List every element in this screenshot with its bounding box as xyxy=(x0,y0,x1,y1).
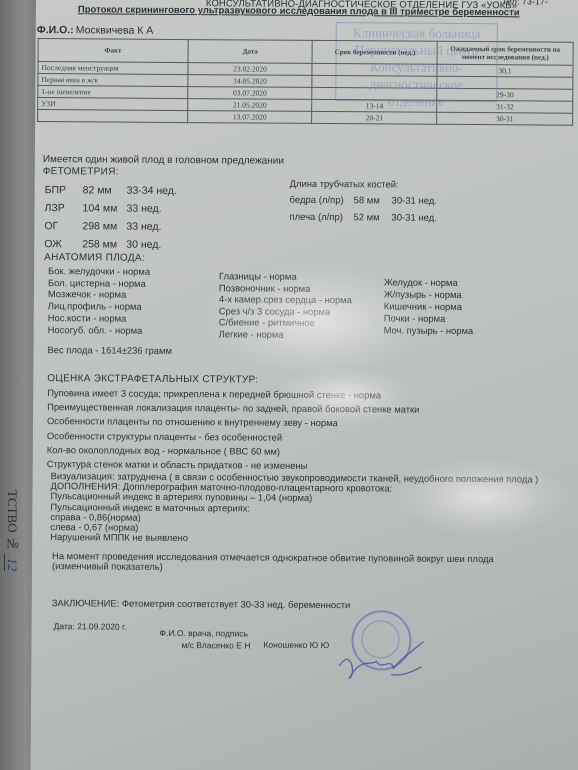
stamp-line: Консультативно-диагностическое xyxy=(336,58,496,93)
side-label: ТСТВО № 12 xyxy=(4,490,20,571)
ultrasound-protocol-page: КОНСУЛЬТАТИВНО-ДИАГНОСТИЧЕСКОЕ ОТДЕЛЕНИЕ… xyxy=(31,0,578,770)
fetometry-value: 82 мм xyxy=(83,184,127,196)
cell-date: 23.02.2020 xyxy=(188,63,313,76)
bone-value: 58 мм xyxy=(354,195,392,206)
patient-label: Ф.И.О.: xyxy=(37,24,74,36)
bone-row: плеча (л/пр)52 мм30-31 нед. xyxy=(289,212,451,224)
bone-value: 52 мм xyxy=(353,212,391,223)
extrafetal-line: Структура стенок матки и область придатк… xyxy=(47,458,308,471)
fetometry-value: 298 мм xyxy=(82,220,126,232)
cell-date: 03.07.2020 xyxy=(187,87,312,100)
fetometry-weeks: 33-34 нед. xyxy=(127,185,197,197)
cell-fact xyxy=(38,110,188,123)
fetometry-row: БПР82 мм33-34 нед. xyxy=(45,184,197,197)
anatomy-item: Глазницы - норма xyxy=(219,270,297,282)
presentation-text: Имеется один живой плод в головном предл… xyxy=(43,154,284,167)
anatomy-item: Носогуб. обл. - норма xyxy=(48,324,143,336)
bone-label: бедра (л/пр) xyxy=(290,195,354,206)
extrafetal-line: Особенности плаценты по отношению к внут… xyxy=(47,415,338,428)
anatomy-item: С/биение - ритмичное xyxy=(219,316,315,328)
fetometry-value: 104 мм xyxy=(82,202,126,214)
fetal-weight: Вес плода - 1614±236 грамм xyxy=(47,344,171,356)
fetometry-weeks: 33 нед. xyxy=(126,203,196,215)
protocol-title: Протокол скринингового ультразвукового и… xyxy=(78,4,520,18)
stamp-line: Клиническая больница xyxy=(337,24,497,42)
fetometry-label: БПР xyxy=(45,184,83,196)
bones-title: Длина трубчатых костей: xyxy=(290,178,399,190)
fetometry-weeks: 33 нед. xyxy=(126,221,196,233)
extrafetal-title: ОЦЕНКА ЭКСТРАФЕТАЛЬНЫХ СТРУКТУР: xyxy=(47,373,258,385)
stamp-line: Перинатальный центр xyxy=(337,41,497,59)
side-label-number: 12 xyxy=(4,554,20,571)
table-row: 13.07.202020-2130-31 xyxy=(38,110,573,126)
anatomy-item: Нос.кости - норма xyxy=(48,312,127,324)
bone-label: плеча (л/пр) xyxy=(289,212,353,223)
anatomy-item: Лиц.профиль - норма xyxy=(48,300,142,312)
fetometry-label: ОЖ xyxy=(44,238,82,250)
col-date: Дата xyxy=(188,40,313,64)
anatomy-item: Моч. пузырь - норма xyxy=(384,324,474,336)
cell-fact: Последняя менструация xyxy=(38,62,188,75)
bone-weeks: 30-31 нед. xyxy=(391,212,451,223)
cell-expected: 30-31 xyxy=(437,112,573,125)
side-label-text: ТСТВО № xyxy=(5,490,20,551)
extrafetal-line: Особенности структуры плаценты - без осо… xyxy=(47,430,282,443)
cord-note-qualifier: (изменчивый показатель) xyxy=(52,560,163,572)
cell-date: 14.05.2020 xyxy=(188,75,313,88)
fetometry-row: ОГ298 мм33 нед. xyxy=(44,220,196,233)
conclusion: ЗАКЛЮЧЕНИЕ: Фетометрия соответствует 30-… xyxy=(52,597,351,610)
stamp-line: отделение xyxy=(336,92,496,110)
cell-fact: УЗИ xyxy=(38,98,188,111)
cell-date: 13.07.2020 xyxy=(187,111,312,124)
doctor-name: Коношенко Ю Ю xyxy=(263,640,329,650)
anatomy-item: Позвоночник - норма xyxy=(219,282,310,294)
anatomy-item: Бол. цистерна - норма xyxy=(48,277,146,289)
exam-date: Дата: 21.09.2020 г. xyxy=(54,621,127,632)
fetometry-weeks: 30 нед. xyxy=(126,239,196,251)
anatomy-item: Почки - норма xyxy=(384,312,446,323)
anatomy-item: Срез ч/з 3 сосуда - норма xyxy=(219,305,331,317)
clinic-stamp: Клиническая больница Перинатальный центр… xyxy=(335,22,498,102)
extrafetal-line: Пуповина имеет 3 сосуда; прикреплена к п… xyxy=(47,387,381,400)
fetometry-value: 258 мм xyxy=(82,238,126,250)
anatomy-item: Кишечник - норма xyxy=(384,300,462,312)
signature xyxy=(331,636,431,687)
additional-line: Нарушений МППК не выявлено xyxy=(50,531,188,543)
fetometry-row: ЛЗР104 мм33 нед. xyxy=(44,202,196,215)
fetometry-title: ФЕТОМЕТРИЯ: xyxy=(43,166,119,178)
doctor-label: Ф.И.О. врача, подпись xyxy=(160,628,249,639)
extrafetal-line: Кол-во околоплодных вод - нормальное ( В… xyxy=(47,444,280,457)
anatomy-item: Бок. желудочки - норма xyxy=(48,265,150,277)
fetometry-row: ОЖ258 мм30 нед. xyxy=(44,238,196,251)
phone-number: Тел: 73-17- xyxy=(502,0,548,7)
patient-name: Москвичева К А xyxy=(76,24,154,37)
nurse-name: м/с Власенко Е Н xyxy=(181,640,250,650)
anatomy-item: Ж/пузырь - норма xyxy=(384,288,462,300)
cell-fact: Первая явка в ж/к xyxy=(38,74,188,87)
anatomy-item: Мозжечок - норма xyxy=(48,288,126,300)
extrafetal-line: Преимущественная локализация плаценты- п… xyxy=(47,401,419,415)
glare xyxy=(392,457,573,538)
col-fact: Факт xyxy=(38,39,188,63)
bone-weeks: 30-31 нед. xyxy=(392,195,452,206)
cell-date: 21.05.2020 xyxy=(187,99,312,112)
bone-row: бедра (л/пр)58 мм30-31 нед. xyxy=(290,195,452,207)
fetometry-label: ОГ xyxy=(44,220,82,232)
anatomy-item: 4-х камер.срез сердца - норма xyxy=(219,293,352,305)
anatomy-item: Легкие - норма xyxy=(219,328,284,339)
cell-fact: 1-ое шевеление xyxy=(38,86,188,99)
anatomy-title: АНАТОМИЯ ПЛОДА: xyxy=(44,252,145,264)
anatomy-item: Желудок - норма xyxy=(384,276,458,288)
cell-term: 20-21 xyxy=(312,111,437,124)
fetometry-label: ЛЗР xyxy=(44,202,82,214)
